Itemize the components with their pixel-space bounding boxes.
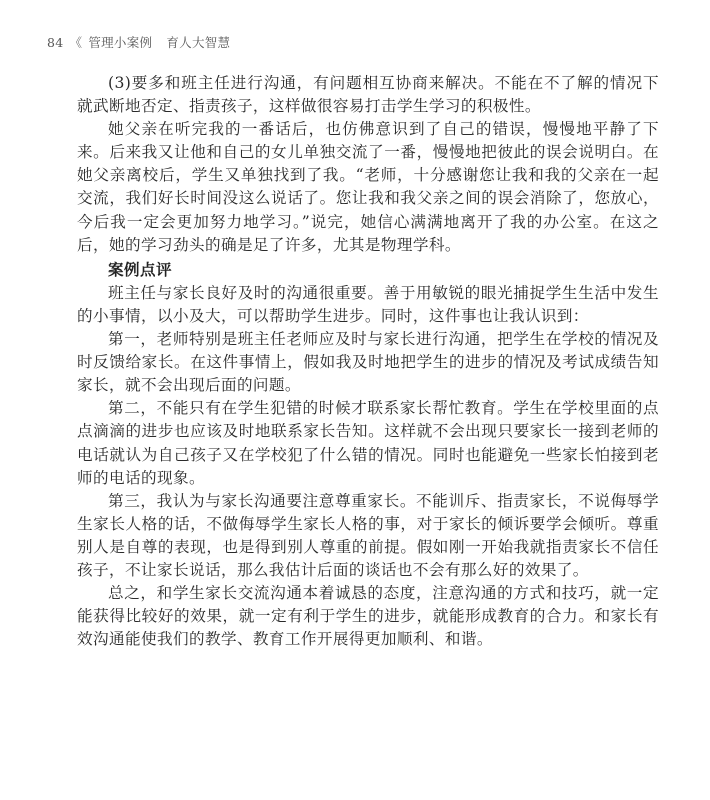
paragraph: 第二，不能只有在学生犯错的时候才联系家长帮忙教育。学生在学校里面的点点滴滴的进步…: [77, 397, 659, 489]
paragraph: 她父亲在听完我的一番话后，也仿佛意识到了自己的错误，慢慢地平静了下来。后来我又让…: [77, 118, 659, 257]
paragraph: (3)要多和班主任进行沟通，有问题相互协商来解决。不能在不了解的情况下就武断地否…: [77, 72, 659, 118]
paragraph: 总之，和学生家长交流沟通本着诚恳的态度，注意沟通的方式和技巧，就一定能获得比较好…: [77, 582, 659, 651]
page-body: (3)要多和班主任进行沟通，有问题相互协商来解决。不能在不了解的情况下就武断地否…: [77, 72, 659, 651]
double-chevron-left-icon: 《: [70, 35, 83, 50]
paragraph: 第三，我认为与家长沟通要注意尊重家长。不能训斥、指责家长，不说侮辱学生家长人格的…: [77, 490, 659, 582]
paragraph: 班主任与家长良好及时的沟通很重要。善于用敏锐的眼光捕捉学生生活中发生的小事情，以…: [77, 282, 659, 328]
book-title: 育人大智慧: [166, 35, 230, 50]
section-heading: 案例点评: [77, 259, 659, 282]
running-header: 84《管理小案例育人大智慧: [47, 33, 230, 51]
paragraph: 第一，老师特别是班主任老师应及时与家长进行沟通，把学生在学校的情况及时反馈给家长…: [77, 328, 659, 397]
section-name: 管理小案例: [88, 35, 152, 50]
page-number: 84: [47, 35, 64, 50]
